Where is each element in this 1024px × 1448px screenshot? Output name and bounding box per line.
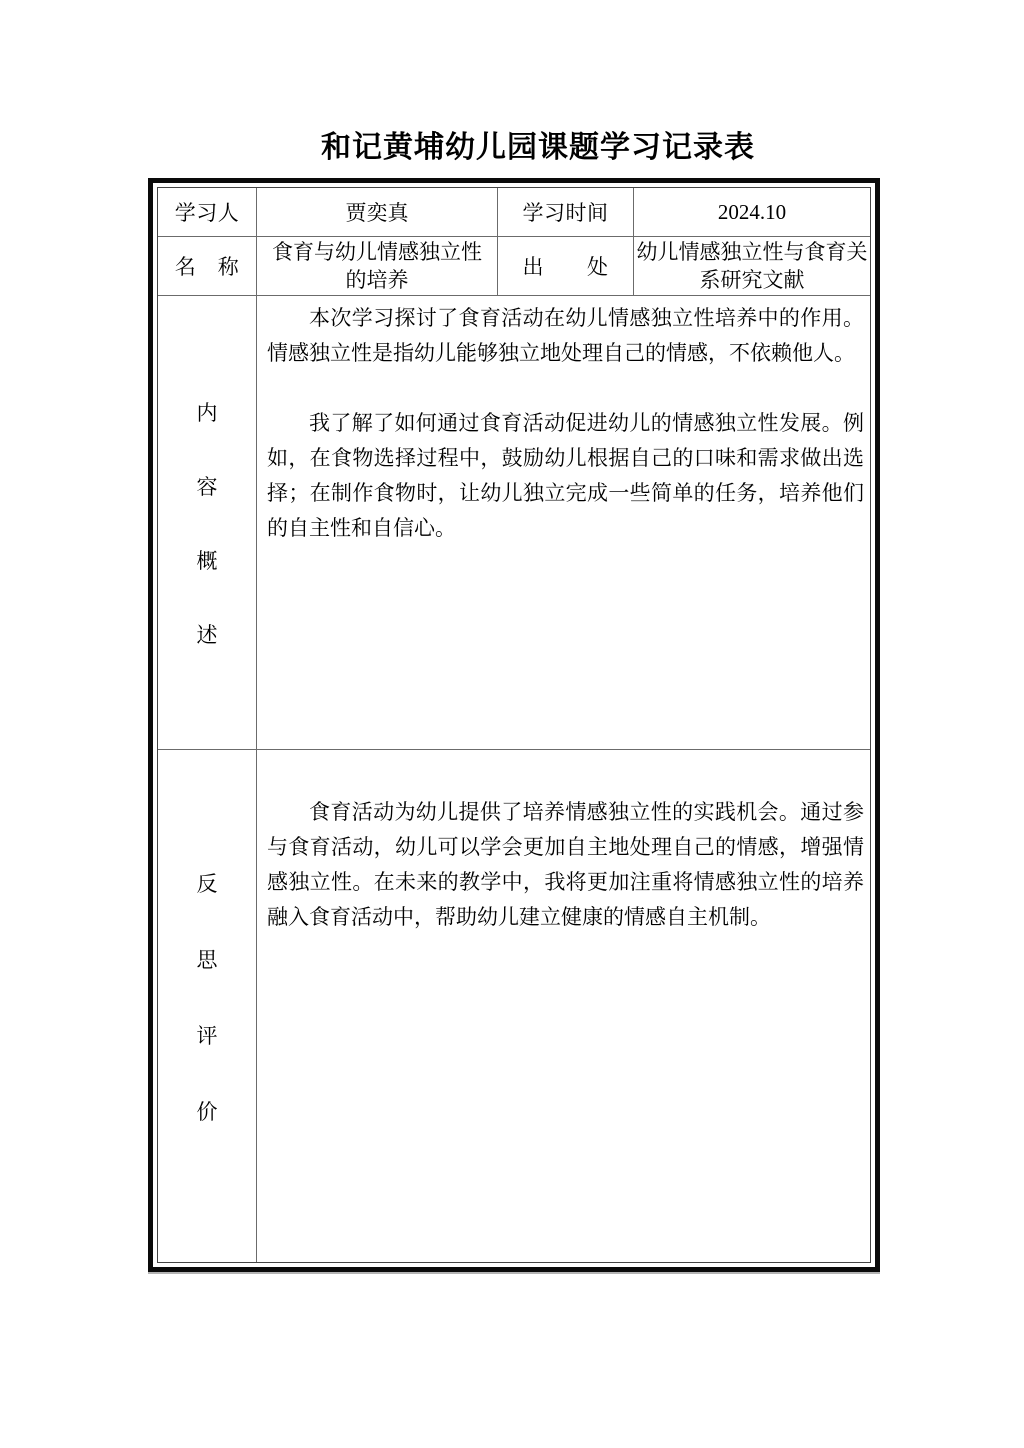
name-value-cell: 食育与幼儿情感独立性的培养 [257,237,497,295]
content-summary-label-char: 容 [197,471,218,501]
reflection-text-cell: 食育活动为幼儿提供了培养情感独立性的实践机会。通过参与食育活动，幼儿可以学会更加… [257,750,870,1262]
reflection-label-char: 价 [197,1096,218,1126]
reflection-label-char: 评 [197,1020,218,1050]
content-paragraph: 我了解了如何通过食育活动促进幼儿的情感独立性发展。例如，在食物选择过程中，鼓励幼… [267,406,864,546]
study-time-label-cell: 学习时间 [498,188,633,236]
content-summary-label-char: 述 [197,619,218,649]
reflection-label-cell: 反 思 评 价 [158,750,256,1262]
reflection-label-char: 反 [197,868,218,898]
learner-value-cell: 贾奕真 [257,188,497,236]
study-time-value-cell: 2024.10 [634,188,870,236]
study-record-table: 学习人 贾奕真 学习时间 2024.10 名 称 食育与幼儿情感独立性的培养 出… [148,178,880,1272]
content-summary-label-cell: 内 容 概 述 [158,296,256,749]
learner-label-cell: 学习人 [158,188,256,236]
content-summary-label-char: 内 [197,397,218,427]
content-summary-label-char: 概 [197,545,218,575]
reflection-paragraph: 食育活动为幼儿提供了培养情感独立性的实践机会。通过参与食育活动，幼儿可以学会更加… [267,795,864,935]
source-label-cell: 出 处 [498,237,633,295]
table-grid: 学习人 贾奕真 学习时间 2024.10 名 称 食育与幼儿情感独立性的培养 出… [157,187,871,1263]
reflection-label-char: 思 [197,944,218,974]
document-page: 和记黄埔幼儿园课题学习记录表 学习人 贾奕真 学习时间 2024.10 名 称 … [0,126,1024,1272]
page-title: 和记黄埔幼儿园课题学习记录表 [26,126,1024,170]
content-paragraph: 本次学习探讨了食育活动在幼儿情感独立性培养中的作用。情感独立性是指幼儿能够独立地… [267,301,864,371]
name-label-cell: 名 称 [158,237,256,295]
content-summary-text-cell: 本次学习探讨了食育活动在幼儿情感独立性培养中的作用。情感独立性是指幼儿能够独立地… [257,296,870,749]
source-value-cell: 幼儿情感独立性与食育关系研究文献 [634,237,870,295]
